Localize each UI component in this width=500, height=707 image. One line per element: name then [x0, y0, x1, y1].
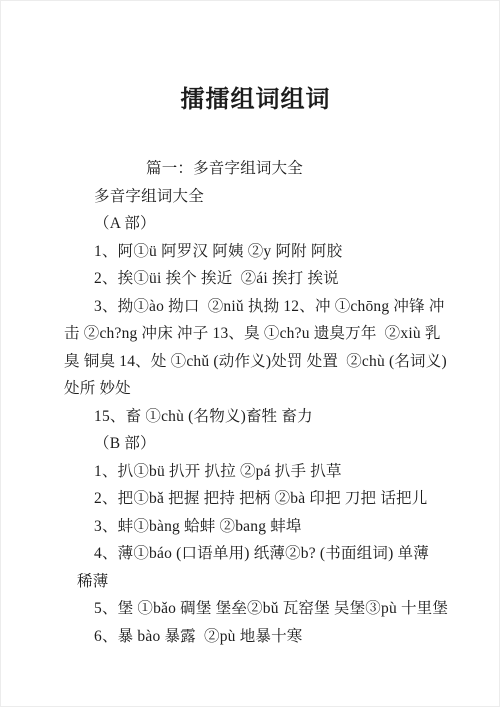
text-line: （A 部）: [94, 210, 447, 238]
text-line: 击 ②ch?ng 冲床 冲子 13、臭 ①ch?u 遗臭万年 ②xiù 乳: [64, 320, 447, 348]
page-title: 擂擂组词组词: [64, 85, 447, 115]
text-line: 3、蚌①bàng 蛤蚌 ②bang 蚌埠: [94, 513, 447, 541]
text-line: 篇一：多音字组词大全: [146, 155, 447, 183]
document-body: 篇一：多音字组词大全多音字组词大全（A 部）1、阿①ü 阿罗汉 阿姨 ②y 阿附…: [64, 155, 447, 650]
text-line: 6、暴 bào 暴露 ②pù 地暴十寒: [94, 623, 447, 651]
text-line: 4、薄①báo (口语单用) 纸薄②b? (书面组词) 单薄: [94, 540, 447, 568]
text-line: 臭 铜臭 14、处 ①chǔ (动作义)处罚 处置 ②chù (名词义): [64, 348, 447, 376]
text-line: 1、阿①ü 阿罗汉 阿姨 ②y 阿附 阿胶: [94, 238, 447, 266]
text-line: （B 部）: [94, 430, 447, 458]
text-line: 多音字组词大全: [94, 183, 447, 211]
text-line: 1、扒①bü 扒开 扒拉 ②pá 扒手 扒草: [94, 458, 447, 486]
document-page: 擂擂组词组词 篇一：多音字组词大全多音字组词大全（A 部）1、阿①ü 阿罗汉 阿…: [0, 0, 500, 707]
text-line: 2、把①bǎ 把握 把持 把柄 ②bà 印把 刀把 话把儿: [94, 485, 447, 513]
text-line: 稀薄: [77, 568, 447, 596]
text-line: 3、拗①ào 拗口 ②niǔ 执拗 12、冲 ①chōng 冲锋 冲: [94, 293, 447, 321]
text-line: 2、挨①üi 挨个 挨近 ②ái 挨打 挨说: [94, 265, 447, 293]
text-line: 15、畜 ①chù (名物义)畜牲 畜力: [94, 403, 447, 431]
text-line: 5、堡 ①bǎo 碉堡 堡垒②bǔ 瓦窑堡 吴堡③pù 十里堡: [94, 595, 447, 623]
text-line: 处所 妙处: [64, 375, 447, 403]
